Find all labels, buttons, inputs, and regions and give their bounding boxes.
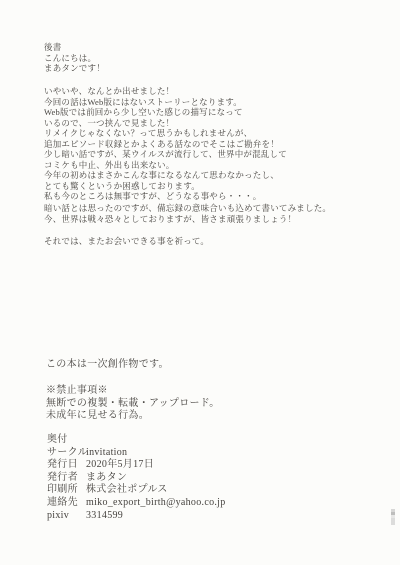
prohibition-item: 無断での複製・転載・アップロード。 (46, 398, 220, 411)
afterword-line: 追加エピソード収録とかよくある話なのでそこはご勘弁を！ (44, 139, 279, 150)
afterword-line: 今、世界は戦々恐々としておりますが、皆さま頑張りましょう！ (44, 214, 331, 225)
afterword-line: 今年の初めはまさかこんな事になるなんて思わなかったし、 (44, 170, 287, 181)
afterword-greeting-line: まあタンです！ (44, 63, 105, 74)
colophon-label: 発行日 (47, 459, 86, 472)
afterword-closing-line: それでは、またお会いできる事を祈って。 (44, 236, 209, 247)
afterword-title: 後書 (44, 42, 105, 53)
afterword-closing: それでは、またお会いできる事を祈って。 (44, 236, 209, 247)
colophon-value-printer: 株式会社ポプルス (86, 484, 168, 497)
afterword-paragraph-1: いやいや、なんとか出せました！ 今回の話はWeb版にはないストーリーとなります。… (44, 86, 279, 150)
afterword-line: いるので、一つ挟んで見ました！ (44, 118, 279, 129)
afterword-line: リメイクじゃなくない？って思うかもしれませんが、 (44, 128, 279, 139)
colophon-row-publish-date: 発行日 2020年5月17日 (47, 459, 226, 472)
scanned-afterword-page: 後書 こんにちは。 まあタンです！ いやいや、なんとか出せました！ 今回の話はW… (0, 0, 400, 565)
original-work-line: この本は一次創作物です。 (46, 359, 169, 372)
colophon-value-circle-name: invitation (86, 447, 127, 460)
colophon-value-publisher: まあタン (86, 472, 127, 485)
colophon-label: pixiv (47, 510, 86, 523)
afterword-paragraph-2: 少し暗い話ですが、某ウイルスが流行して、世界中が混乱して コミケも中止、外出も出… (44, 149, 287, 202)
colophon-section: 奥付 サークル invitation 発行日 2020年5月17日 発行者 まあ… (47, 434, 226, 522)
colophon-label: 印刷所 (47, 484, 86, 497)
afterword-line: 少し暗い話ですが、某ウイルスが流行して、世界中が混乱して (44, 149, 287, 160)
prohibition-notice: ※禁止事項※ 無断での複製・転載・アップロード。 未成年に見せる行為。 (46, 385, 220, 423)
prohibition-item: 未成年に見せる行為。 (46, 410, 220, 423)
colophon-title: 奥付 (47, 434, 226, 447)
afterword-line: 暗い話とは思ったのですが、備忘録の意味合いも込めて書いてみました。 (44, 203, 331, 214)
afterword-line: 私も今のところは無事ですが、どうなる事やら・・・。 (44, 191, 287, 202)
scan-artifact (391, 509, 395, 525)
colophon-label: 連絡先 (47, 497, 86, 510)
colophon-label: 発行者 (47, 472, 86, 485)
colophon-value-pixiv-id: 3314599 (86, 510, 123, 523)
afterword-line: 今回の話はWeb版にはないストーリーとなります。 (44, 97, 279, 108)
colophon-label: サークル (47, 447, 86, 460)
colophon-row-publisher: 発行者 まあタン (47, 472, 226, 485)
afterword-paragraph-3: 暗い話とは思ったのですが、備忘録の意味合いも込めて書いてみました。 今、世界は戦… (44, 203, 331, 224)
afterword-line: Web版では前回から少し空いた感じの描写になって (44, 107, 279, 118)
original-work-statement: この本は一次創作物です。 (46, 359, 169, 372)
colophon-row-circle: サークル invitation (47, 447, 226, 460)
colophon-row-contact: 連絡先 miko_export_birth@yahoo.co.jp (47, 497, 226, 510)
afterword-greeting-block: 後書 こんにちは。 まあタンです！ (44, 42, 105, 74)
colophon-value-contact-email: miko_export_birth@yahoo.co.jp (86, 497, 226, 510)
prohibition-title: ※禁止事項※ (46, 385, 220, 398)
afterword-line: とても驚くというか困惑しております。 (44, 181, 287, 192)
afterword-line: いやいや、なんとか出せました！ (44, 86, 279, 97)
afterword-line: コミケも中止、外出も出来ない。 (44, 160, 287, 171)
colophon-value-publish-date: 2020年5月17日 (86, 459, 154, 472)
colophon-row-pixiv: pixiv 3314599 (47, 510, 226, 523)
colophon-row-printer: 印刷所 株式会社ポプルス (47, 484, 226, 497)
afterword-greeting-line: こんにちは。 (44, 53, 105, 64)
